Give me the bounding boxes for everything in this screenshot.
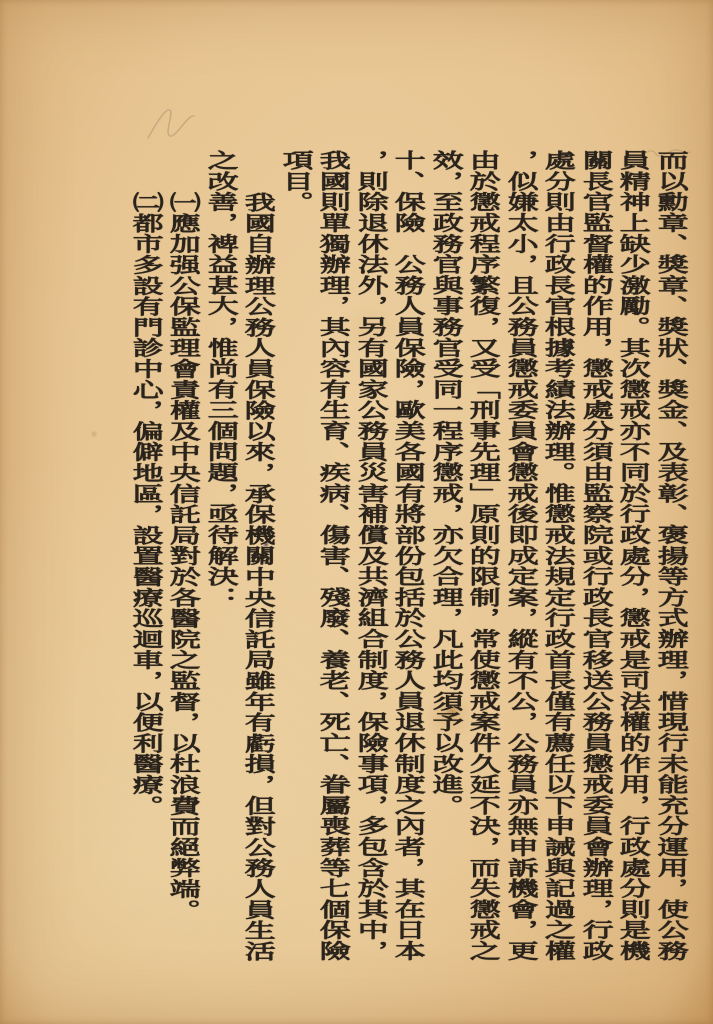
document-text: 而以勳章、獎章、獎狀、獎金、及表彰、褒揚等方式辦理，惜現行未能充分運用，使公務員… [126,150,689,972]
pencil-mark-top-left [140,100,230,146]
scanned-page: 而以勳章、獎章、獎狀、獎金、及表彰、褒揚等方式辦理，惜現行未能充分運用，使公務員… [0,0,713,1024]
paper-stain [90,430,98,438]
text-column-15: ㈡都市多設有門診中心，偏僻地區，設置醫療巡迴車，以便利醫療。 [115,150,173,972]
